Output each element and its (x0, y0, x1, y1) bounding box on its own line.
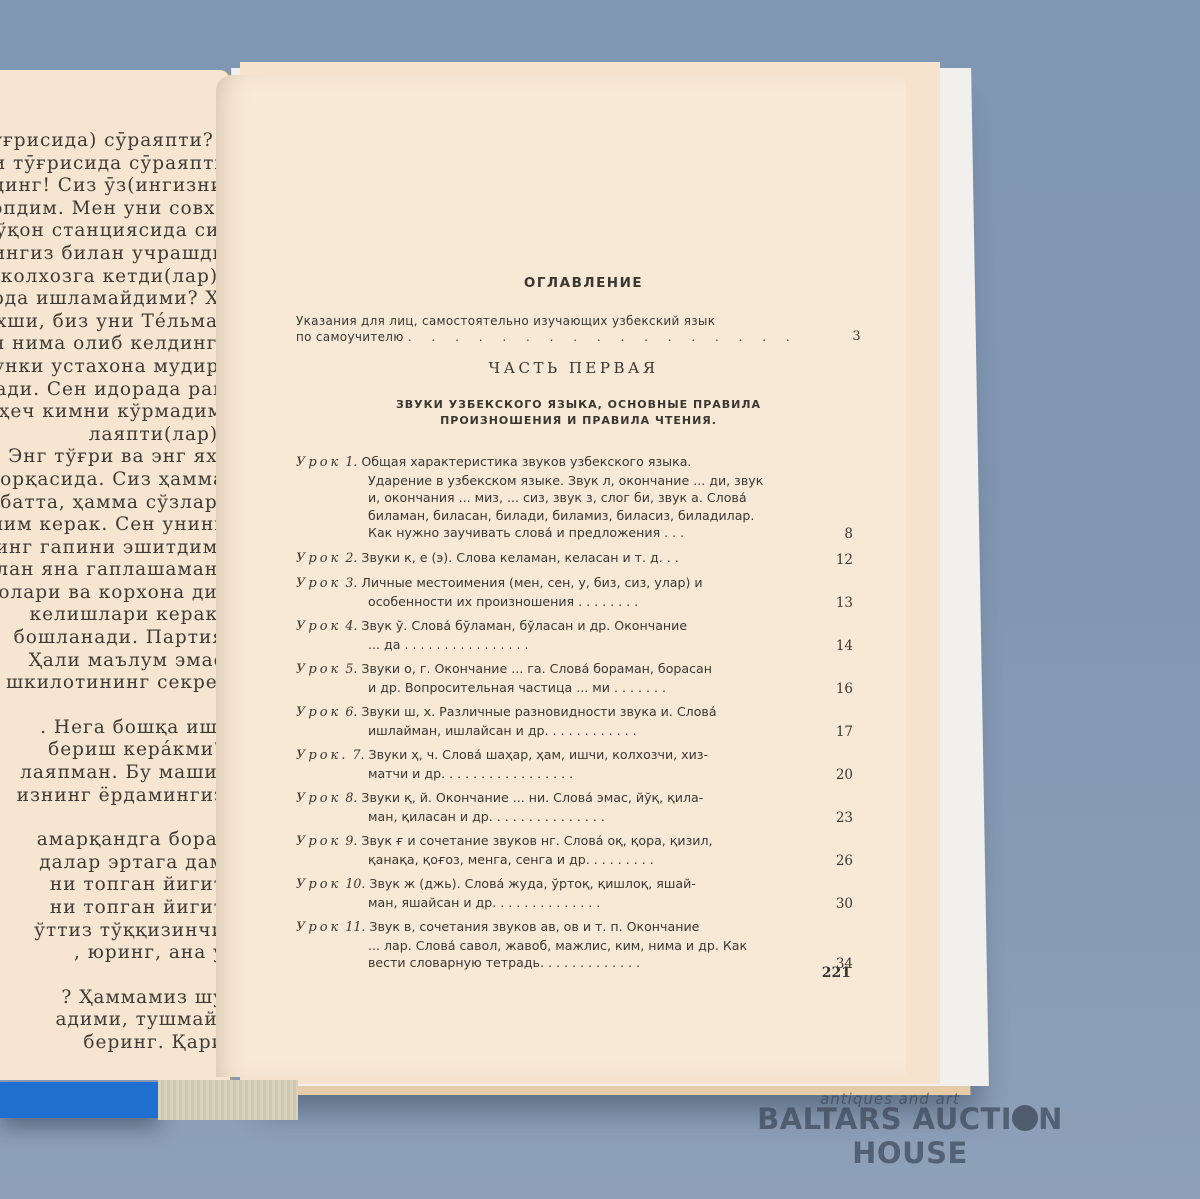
toc-entry: Урок 6. Звуки ш, х. Различные разновидно… (296, 703, 861, 739)
text-line: ни топган йигит (0, 897, 225, 920)
lesson-number: 9. (345, 833, 357, 848)
lesson-title: Звуки қ, й. Окончание ... ни. Слова́ эма… (361, 790, 703, 805)
text-line: Энг тўғри ва энг ях- (0, 446, 225, 469)
text-line: мади. Сен идорада раи- (0, 379, 225, 402)
lesson-title-cont: ... лар. Слова́ савол, жавоб, мажлис, ки… (296, 937, 771, 972)
toc-page-number: 23 (836, 810, 853, 828)
lesson-title-cont: ... да . . . . . . . . . . . . . . . . (296, 636, 771, 654)
text-line: тӯғрисида) сӯраяпти? У (0, 130, 225, 153)
lesson-label: Урок (296, 455, 341, 470)
lesson-title: Звук ў. Слова́ бўламан, бўласан и др. Ок… (361, 618, 687, 633)
text-line: келишлари керак, (0, 604, 225, 627)
page-number: 221 (822, 965, 851, 981)
text-line (0, 807, 225, 829)
lesson-number: 5. (345, 661, 357, 676)
toc-page-number: 30 (836, 896, 853, 914)
lesson-label: Урок (296, 834, 341, 849)
section-title-line2: ПРОИЗНОШЕНИЯ И ПРАВИЛА ЧТЕНИЯ. (296, 413, 861, 429)
toc-entry: Урок 1. Общая характеристика звуков узбе… (296, 453, 861, 542)
text-line (0, 695, 225, 717)
text-line: орқасида. Сиз ҳамма (0, 469, 225, 492)
toc-entries: Урок 1. Общая характеристика звуков узбе… (296, 453, 861, 972)
watermark: antiques and art BALTARS AUCTIN HOUSE (700, 1090, 1120, 1170)
lesson-number: 2. (345, 550, 357, 565)
lesson-number: 10. (345, 876, 365, 891)
lesson-label: Урок (296, 920, 341, 935)
toc-page-number: 17 (836, 724, 853, 742)
right-page: ОГЛАВЛЕНИЕ Указания для лиц, самостоятел… (216, 75, 906, 1077)
text-line: нинг гапини эшитдим, (0, 537, 225, 560)
text-line: лбатта, ҳамма сўзлар- (0, 492, 225, 515)
toc-intro-line1: Указания для лиц, самостоятельно изучающ… (296, 313, 861, 329)
text-line: олари ва корхона ди- (0, 582, 225, 605)
toc-entry: Урок 3. Личные местоимения (мен, сен, у,… (296, 574, 861, 610)
lesson-number: 3. (345, 575, 357, 590)
text-line: . Нега бошқа иш- (0, 717, 225, 740)
leader-dots: . . . . . . . . . . . . . . . . . (408, 330, 798, 344)
text-line: бериш керáкми? (0, 739, 225, 762)
toc-page-number: 3 (852, 329, 861, 345)
text-line: Қўқон станциясида сиз- (0, 220, 225, 243)
text-line: чунки устахона мудири (0, 356, 225, 379)
toc-page-number: 13 (836, 595, 853, 613)
section-title-line1: ЗВУКИ УЗБЕКСКОГО ЯЗЫКА, ОСНОВНЫЕ ПРАВИЛА (296, 397, 861, 413)
text-line: шим керак. Сен унинг (0, 514, 225, 537)
lesson-title-cont: и др. Вопросительная частица ... ми . . … (296, 679, 771, 697)
book-cover-front-blue (0, 1082, 160, 1118)
text-line: ен нима олиб келдинг? (0, 333, 225, 356)
text-line (0, 965, 225, 987)
lesson-number: 7. (352, 747, 364, 762)
toc-entry: Урок. 7. Звуки ҳ, ч. Слова́ шаҳар, ҳам, … (296, 746, 861, 782)
text-line: амарқандга бора- (0, 829, 225, 852)
lesson-label: Урок (296, 551, 341, 566)
toc-entry: Урок 5. Звуки о, г. Окончание ... га. Сл… (296, 660, 861, 696)
lesson-title: Общая характеристика звуков узбекского я… (361, 454, 691, 469)
lesson-title: Звуки к, е (э). Слова келаман, келасан и… (361, 550, 678, 565)
toc-page-number: 20 (836, 767, 853, 785)
text-line: лаяпти(лар). (0, 424, 225, 447)
lesson-label: Урок. (296, 748, 348, 763)
left-page-text: тӯғрисида) сӯраяпти? Ури тӯғрисида сӯрая… (0, 130, 225, 1055)
lesson-title: Звук в, сочетания звуков ав, ов и т. п. … (369, 919, 699, 934)
watermark-title-left: BALTARS AUCTI (757, 1102, 1012, 1136)
text-line: беринг. Қари (0, 1032, 225, 1055)
lesson-label: Урок (296, 576, 341, 591)
crown-logo-icon (1012, 1105, 1038, 1131)
lesson-number: 11. (345, 919, 365, 934)
toc-page-number: 26 (836, 853, 853, 871)
toc-entry: Урок 2. Звуки к, е (э). Слова келаман, к… (296, 549, 861, 568)
text-line: бошланади. Партия (0, 627, 225, 650)
toc-intro-entry: Указания для лиц, самостоятельно изучающ… (296, 313, 861, 345)
lesson-number: 8. (345, 790, 357, 805)
lesson-title: Звук ж (джь). Слова́ жуда, ўртоқ, қишлоқ… (369, 876, 695, 891)
toc-title: ОГЛАВЛЕНИЕ (306, 275, 861, 291)
lesson-label: Урок (296, 791, 341, 806)
lesson-title: Звуки ҳ, ч. Слова́ шаҳар, ҳам, ишчи, кол… (369, 747, 709, 762)
lesson-number: 1. (345, 454, 357, 469)
text-line: ерда ишламайдими? Ҳо- (0, 288, 225, 311)
toc-page-number: 8 (844, 526, 853, 544)
lesson-number: 4. (345, 618, 357, 633)
text-line: Яхши, биз уни Тéльман (0, 311, 225, 334)
toc-entry: Урок 9. Звук ғ и сочетание звуков нг. Сл… (296, 832, 861, 868)
toc-page-number: 14 (836, 638, 853, 656)
lesson-title: Личные местоимения (мен, сен, у, биз, си… (361, 575, 702, 590)
lesson-title-cont: ман, қиласан и др. . . . . . . . . . . .… (296, 808, 771, 826)
toc-page-number: 12 (836, 552, 853, 570)
spine-cloth (158, 1080, 298, 1120)
lesson-title: Звуки о, г. Окончание ... га. Слова́ бор… (361, 661, 712, 676)
toc-entry: Урок 10. Звук ж (джь). Слова́ жуда, ўрто… (296, 875, 861, 911)
toc-page-number: 16 (836, 681, 853, 699)
lesson-label: Урок (296, 705, 341, 720)
text-line: лаяпман. Бу маши- (0, 762, 225, 785)
lesson-title-cont: особенности их произношения . . . . . . … (296, 593, 771, 611)
text-line: шкилотининг секре- (0, 672, 225, 695)
left-page: тӯғрисида) сӯраяпти? Ури тӯғрисида сӯрая… (0, 70, 232, 1080)
text-line: ри тӯғрисида сӯраяпти. (0, 153, 225, 176)
lesson-title-cont: Ударение в узбекском языке. Звук л, окон… (296, 472, 771, 542)
lesson-title: Звук ғ и сочетание звуков нг. Слова́ оқ,… (361, 833, 712, 848)
lesson-label: Урок (296, 877, 341, 892)
text-line: лан яна гаплашаман. (0, 559, 225, 582)
text-line: адими, тушмай- (0, 1009, 225, 1032)
text-line: рингиз билан учрашдин- (0, 243, 225, 266)
text-line: ўттиз тўққизинчи (0, 920, 225, 943)
text-line: топдим. Мен уни совхоз (0, 198, 225, 221)
part-title: ЧАСТЬ ПЕРВАЯ (286, 359, 861, 377)
table-of-contents: ОГЛАВЛЕНИЕ Указания для лиц, самостоятел… (296, 275, 861, 979)
text-line: , юринг, ана у (0, 942, 225, 965)
lesson-label: Урок (296, 662, 341, 677)
text-line: далар эртага дам (0, 852, 225, 875)
text-line: колхозга кетди(лар). (0, 266, 225, 289)
text-line: лдинг! Сиз ӯз(ингизнинг) (0, 175, 225, 198)
lesson-title-cont: ишлайман, ишлайсан и др. . . . . . . . .… (296, 722, 771, 740)
toc-entry: Урок 11. Звук в, сочетания звуков ав, ов… (296, 918, 861, 972)
text-line: изнинг ёрдамингиз (0, 785, 225, 808)
text-line: а ҳеч кимни кўрмадим. (0, 401, 225, 424)
text-line: ? Ҳаммамиз шу (0, 987, 225, 1010)
lesson-title: Звуки ш, х. Различные разновидности звук… (361, 704, 716, 719)
toc-entry: Урок 4. Звук ў. Слова́ бўламан, бўласан … (296, 617, 861, 653)
lesson-label: Урок (296, 619, 341, 634)
section-title: ЗВУКИ УЗБЕКСКОГО ЯЗЫКА, ОСНОВНЫЕ ПРАВИЛА… (296, 397, 861, 429)
text-line: Ҳали маълум эмас (0, 650, 225, 673)
text-line: ни топган йигит (0, 874, 225, 897)
toc-entry: Урок 8. Звуки қ, й. Окончание ... ни. Сл… (296, 789, 861, 825)
lesson-title-cont: матчи и др. . . . . . . . . . . . . . . … (296, 765, 771, 783)
lesson-number: 6. (345, 704, 357, 719)
lesson-title-cont: қанақа, қоғоз, менга, сенга и др. . . . … (296, 851, 771, 869)
lesson-title-cont: ман, яшайсан и др. . . . . . . . . . . .… (296, 894, 771, 912)
toc-intro-line2: по самоучителю (296, 330, 404, 344)
watermark-title: BALTARS AUCTIN HOUSE (700, 1102, 1120, 1170)
